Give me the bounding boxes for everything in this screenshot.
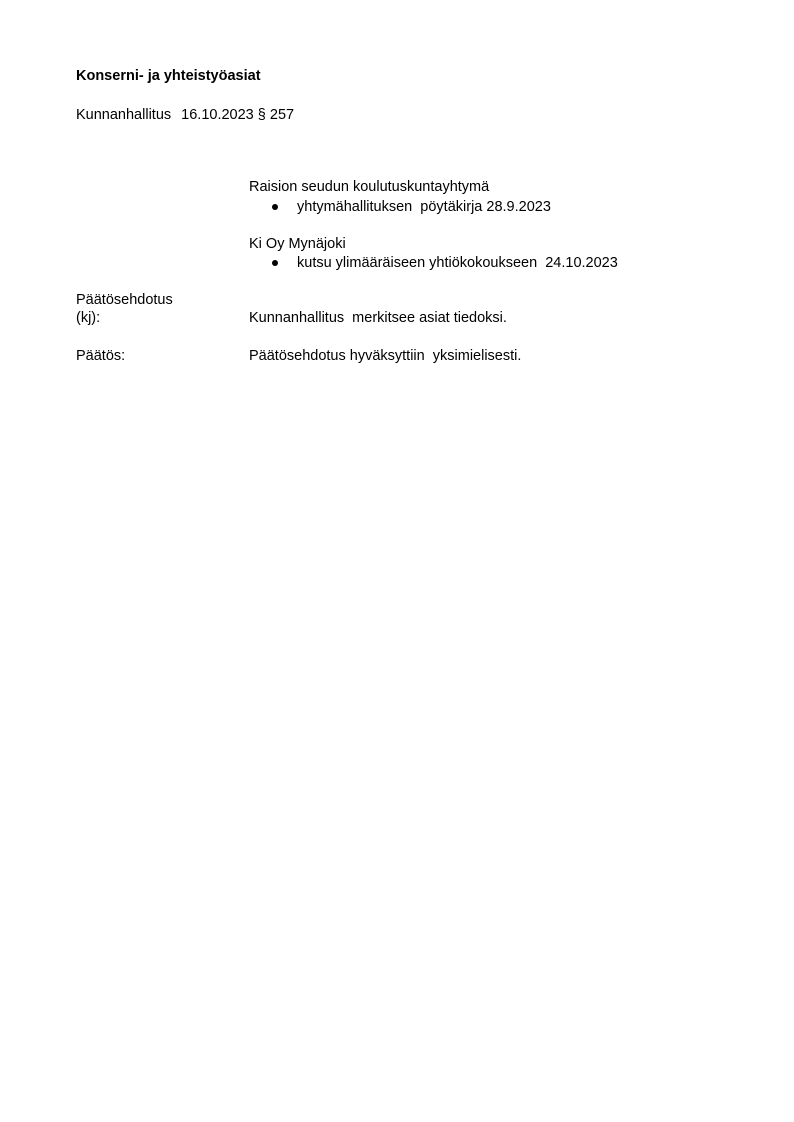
proposal-label-line2: (kj): [76,310,100,327]
bullet-icon [272,204,278,210]
meeting-line: Kunnanhallitus 16.10.2023 § 257 [76,107,294,124]
document-title: Konserni- ja yhteistyöasiat [76,68,261,85]
meeting-section: § 257 [258,107,294,123]
list-item-text: yhtymähallituksen pöytäkirja 28.9.2023 [297,199,551,216]
meeting-body: Kunnanhallitus [76,107,171,123]
organization-2: Ki Oy Mynäjoki [249,236,346,253]
meeting-date: 16.10.2023 [181,107,254,123]
proposal-text: Kunnanhallitus merkitsee asiat tiedoksi. [249,310,507,327]
list-item-text: kutsu ylimääräiseen yhtiökokoukseen 24.1… [297,255,618,272]
bullet-icon [272,260,278,266]
decision-text: Päätösehdotus hyväksyttiin yksimielisest… [249,348,521,365]
decision-label: Päätös: [76,348,125,365]
proposal-label-line1: Päätösehdotus [76,292,173,309]
organization-1: Raision seudun koulutuskuntayhtymä [249,179,489,196]
